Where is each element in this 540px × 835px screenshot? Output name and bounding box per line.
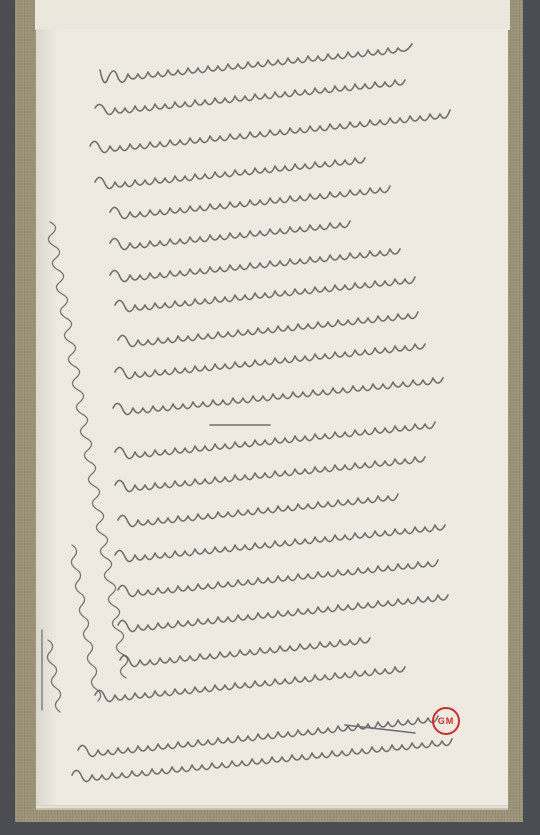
gm-stamp: GM bbox=[432, 707, 460, 735]
handwriting-scribbles bbox=[0, 0, 540, 835]
